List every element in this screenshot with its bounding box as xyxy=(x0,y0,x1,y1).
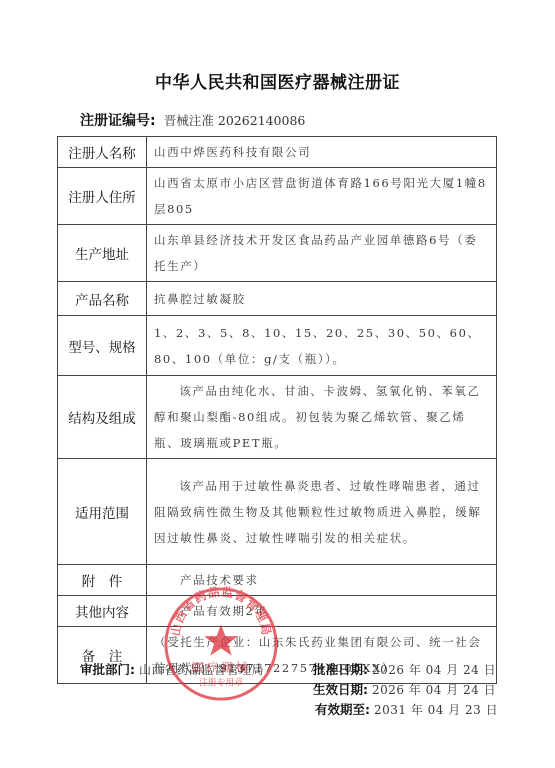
field-label: 其他内容 xyxy=(58,596,147,627)
field-label: 结构及组成 xyxy=(58,376,147,459)
row-structure-composition: 结构及组成 该产品由纯化水、甘油、卡波姆、氢氧化钠、苯氧乙醇和聚山梨酯-80组成… xyxy=(58,376,497,459)
field-value: 该产品由纯化水、甘油、卡波姆、氢氧化钠、苯氧乙醇和聚山梨酯-80组成。初包装为聚… xyxy=(147,376,497,459)
row-registrant-address: 注册人住所 山西省太原市小店区营盘街道体育路166号阳光大厦1幢8层805 xyxy=(58,168,497,225)
field-value: 该产品用于过敏性鼻炎患者、过敏性哮喘患者，通过阻隔致病性微生物及其他颗粒性过敏物… xyxy=(147,459,497,565)
field-label: 适用范围 xyxy=(58,459,147,565)
field-label: 产品名称 xyxy=(58,282,147,316)
effective-date: 生效日期: 2026 年 04 月 24 日 xyxy=(313,680,496,698)
field-label: 附 件 xyxy=(58,565,147,596)
document-title: 中华人民共和国医疗器械注册证 xyxy=(0,68,555,93)
registration-number-value: 晋械注准 20262140086 xyxy=(164,113,305,128)
approval-date: 批准日期: 2026 年 04 月 24 日 xyxy=(313,660,496,678)
row-other: 其他内容 产品有效期2年 xyxy=(58,596,497,627)
field-label: 注册人住所 xyxy=(58,168,147,225)
effective-date-label: 生效日期: xyxy=(313,682,368,697)
field-value: 山西中烨医药科技有限公司 xyxy=(147,137,497,168)
certificate-table: 注册人名称 山西中烨医药科技有限公司 注册人住所 山西省太原市小店区营盘街道体育… xyxy=(57,136,497,684)
row-product-name: 产品名称 抗鼻腔过敏凝胶 xyxy=(58,282,497,316)
approval-department-label: 审批部门: xyxy=(80,662,135,677)
expiry-date-label: 有效期至: xyxy=(315,702,370,717)
approval-date-label: 批准日期: xyxy=(313,662,368,677)
field-value: 产品技术要求 xyxy=(147,565,497,596)
effective-date-value: 2026 年 04 月 24 日 xyxy=(372,683,496,697)
row-scope: 适用范围 该产品用于过敏性鼻炎患者、过敏性哮喘患者，通过阻隔致病性微生物及其他颗… xyxy=(58,459,497,565)
field-value: 1、2、3、5、8、10、15、20、25、30、50、60、80、100（单位… xyxy=(147,316,497,376)
field-value: 山东单县经济技术开发区食品药品产业园单德路6号（委托生产） xyxy=(147,225,497,282)
approval-department: 审批部门: 山西省药品监督管理局 xyxy=(80,660,264,678)
field-value: 产品有效期2年 xyxy=(147,596,497,627)
approval-date-value: 2026 年 04 月 24 日 xyxy=(372,663,496,677)
field-label: 注册人名称 xyxy=(58,137,147,168)
registration-number: 注册证编号: 晋械注准 20262140086 xyxy=(80,110,305,130)
field-label: 生产地址 xyxy=(58,225,147,282)
row-registrant-name: 注册人名称 山西中烨医药科技有限公司 xyxy=(58,137,497,168)
approval-department-value: 山西省药品监督管理局 xyxy=(139,663,264,677)
expiry-date-value: 2031 年 04 月 23 日 xyxy=(374,703,498,717)
field-label: 型号、规格 xyxy=(58,316,147,376)
registration-number-label: 注册证编号: xyxy=(80,113,156,129)
row-production-address: 生产地址 山东单县经济技术开发区食品药品产业园单德路6号（委托生产） xyxy=(58,225,497,282)
field-value: 山西省太原市小店区营盘街道体育路166号阳光大厦1幢8层805 xyxy=(147,168,497,225)
field-value: 抗鼻腔过敏凝胶 xyxy=(147,282,497,316)
row-model-spec: 型号、规格 1、2、3、5、8、10、15、20、25、30、50、60、80、… xyxy=(58,316,497,376)
row-attachment: 附 件 产品技术要求 xyxy=(58,565,497,596)
expiry-date: 有效期至: 2031 年 04 月 23 日 xyxy=(315,700,498,718)
